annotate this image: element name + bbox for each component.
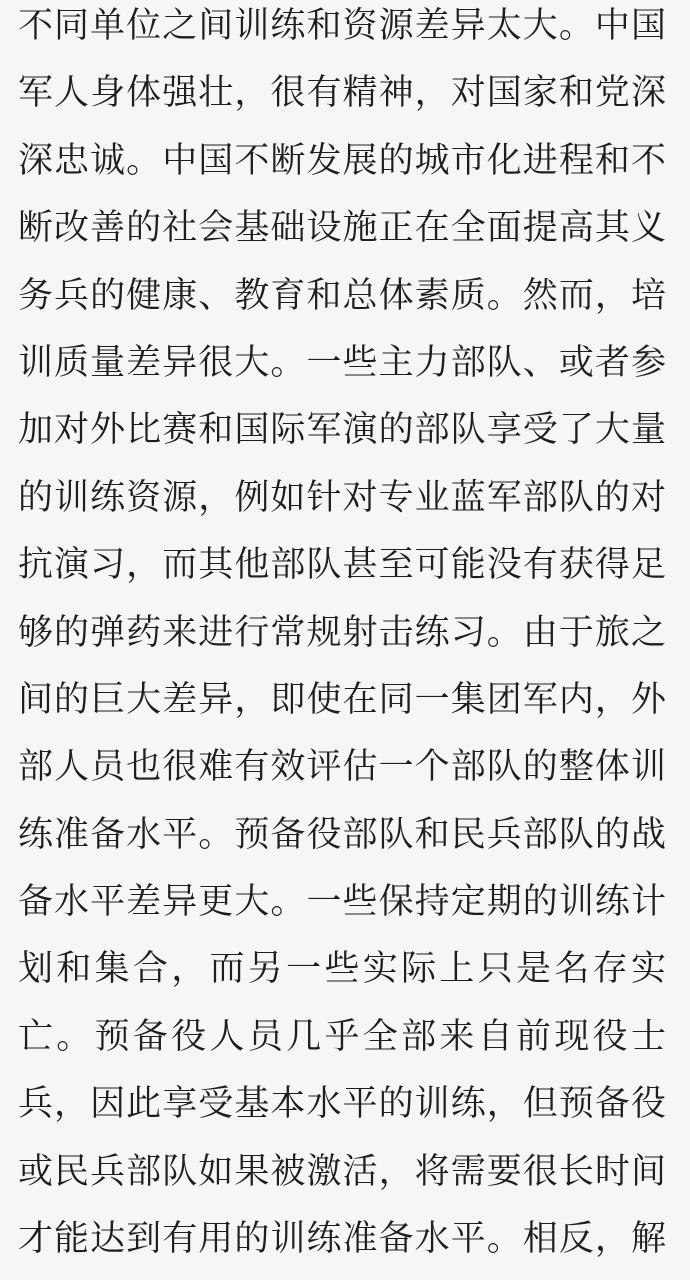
text-line: 或民兵部队如果被激活，将需要很长时间 <box>18 1138 666 1205</box>
text-line: 部人员也很难有效评估一个部队的整体训 <box>18 733 666 800</box>
text-line: 训质量差异很大。一些主力部队、或者参 <box>18 329 666 396</box>
text-line: 的训练资源，例如针对专业蓝军部队的对 <box>18 464 666 531</box>
text-line: 练准备水平。预备役部队和民兵部队的战 <box>18 801 666 868</box>
text-line: 亡。预备役人员几乎全部来自前现役士 <box>18 1003 666 1070</box>
text-line: 够的弹药来进行常规射击练习。由于旅之 <box>18 599 666 666</box>
text-line: 备水平差异更大。一些保持定期的训练计 <box>18 868 666 935</box>
text-line: 务兵的健康、教育和总体素质。然而，培 <box>18 262 666 329</box>
text-line: 断改善的社会基础设施正在全面提高其义 <box>18 194 666 261</box>
text-line: 深忠诚。中国不断发展的城市化进程和不 <box>18 127 666 194</box>
text-line: 抗演习，而其他部队甚至可能没有获得足 <box>18 531 666 598</box>
text-line: 划和集合，而另一些实际上只是名存实 <box>18 935 666 1002</box>
text-line: 加对外比赛和国际军演的部队享受了大量 <box>18 396 666 463</box>
text-line: 军人身体强壮，很有精神，对国家和党深 <box>18 59 666 126</box>
document-page: 不同单位之间训练和资源差异太大。中国军人身体强壮，很有精神，对国家和党深深忠诚。… <box>18 0 666 1272</box>
text-line: 间的巨大差异，即使在同一集团军内，外 <box>18 666 666 733</box>
text-line: 才能达到有用的训练准备水平。相反，解 <box>18 1205 666 1272</box>
text-line: 兵，因此享受基本水平的训练，但预备役 <box>18 1070 666 1137</box>
text-line: 不同单位之间训练和资源差异太大。中国 <box>18 0 666 59</box>
